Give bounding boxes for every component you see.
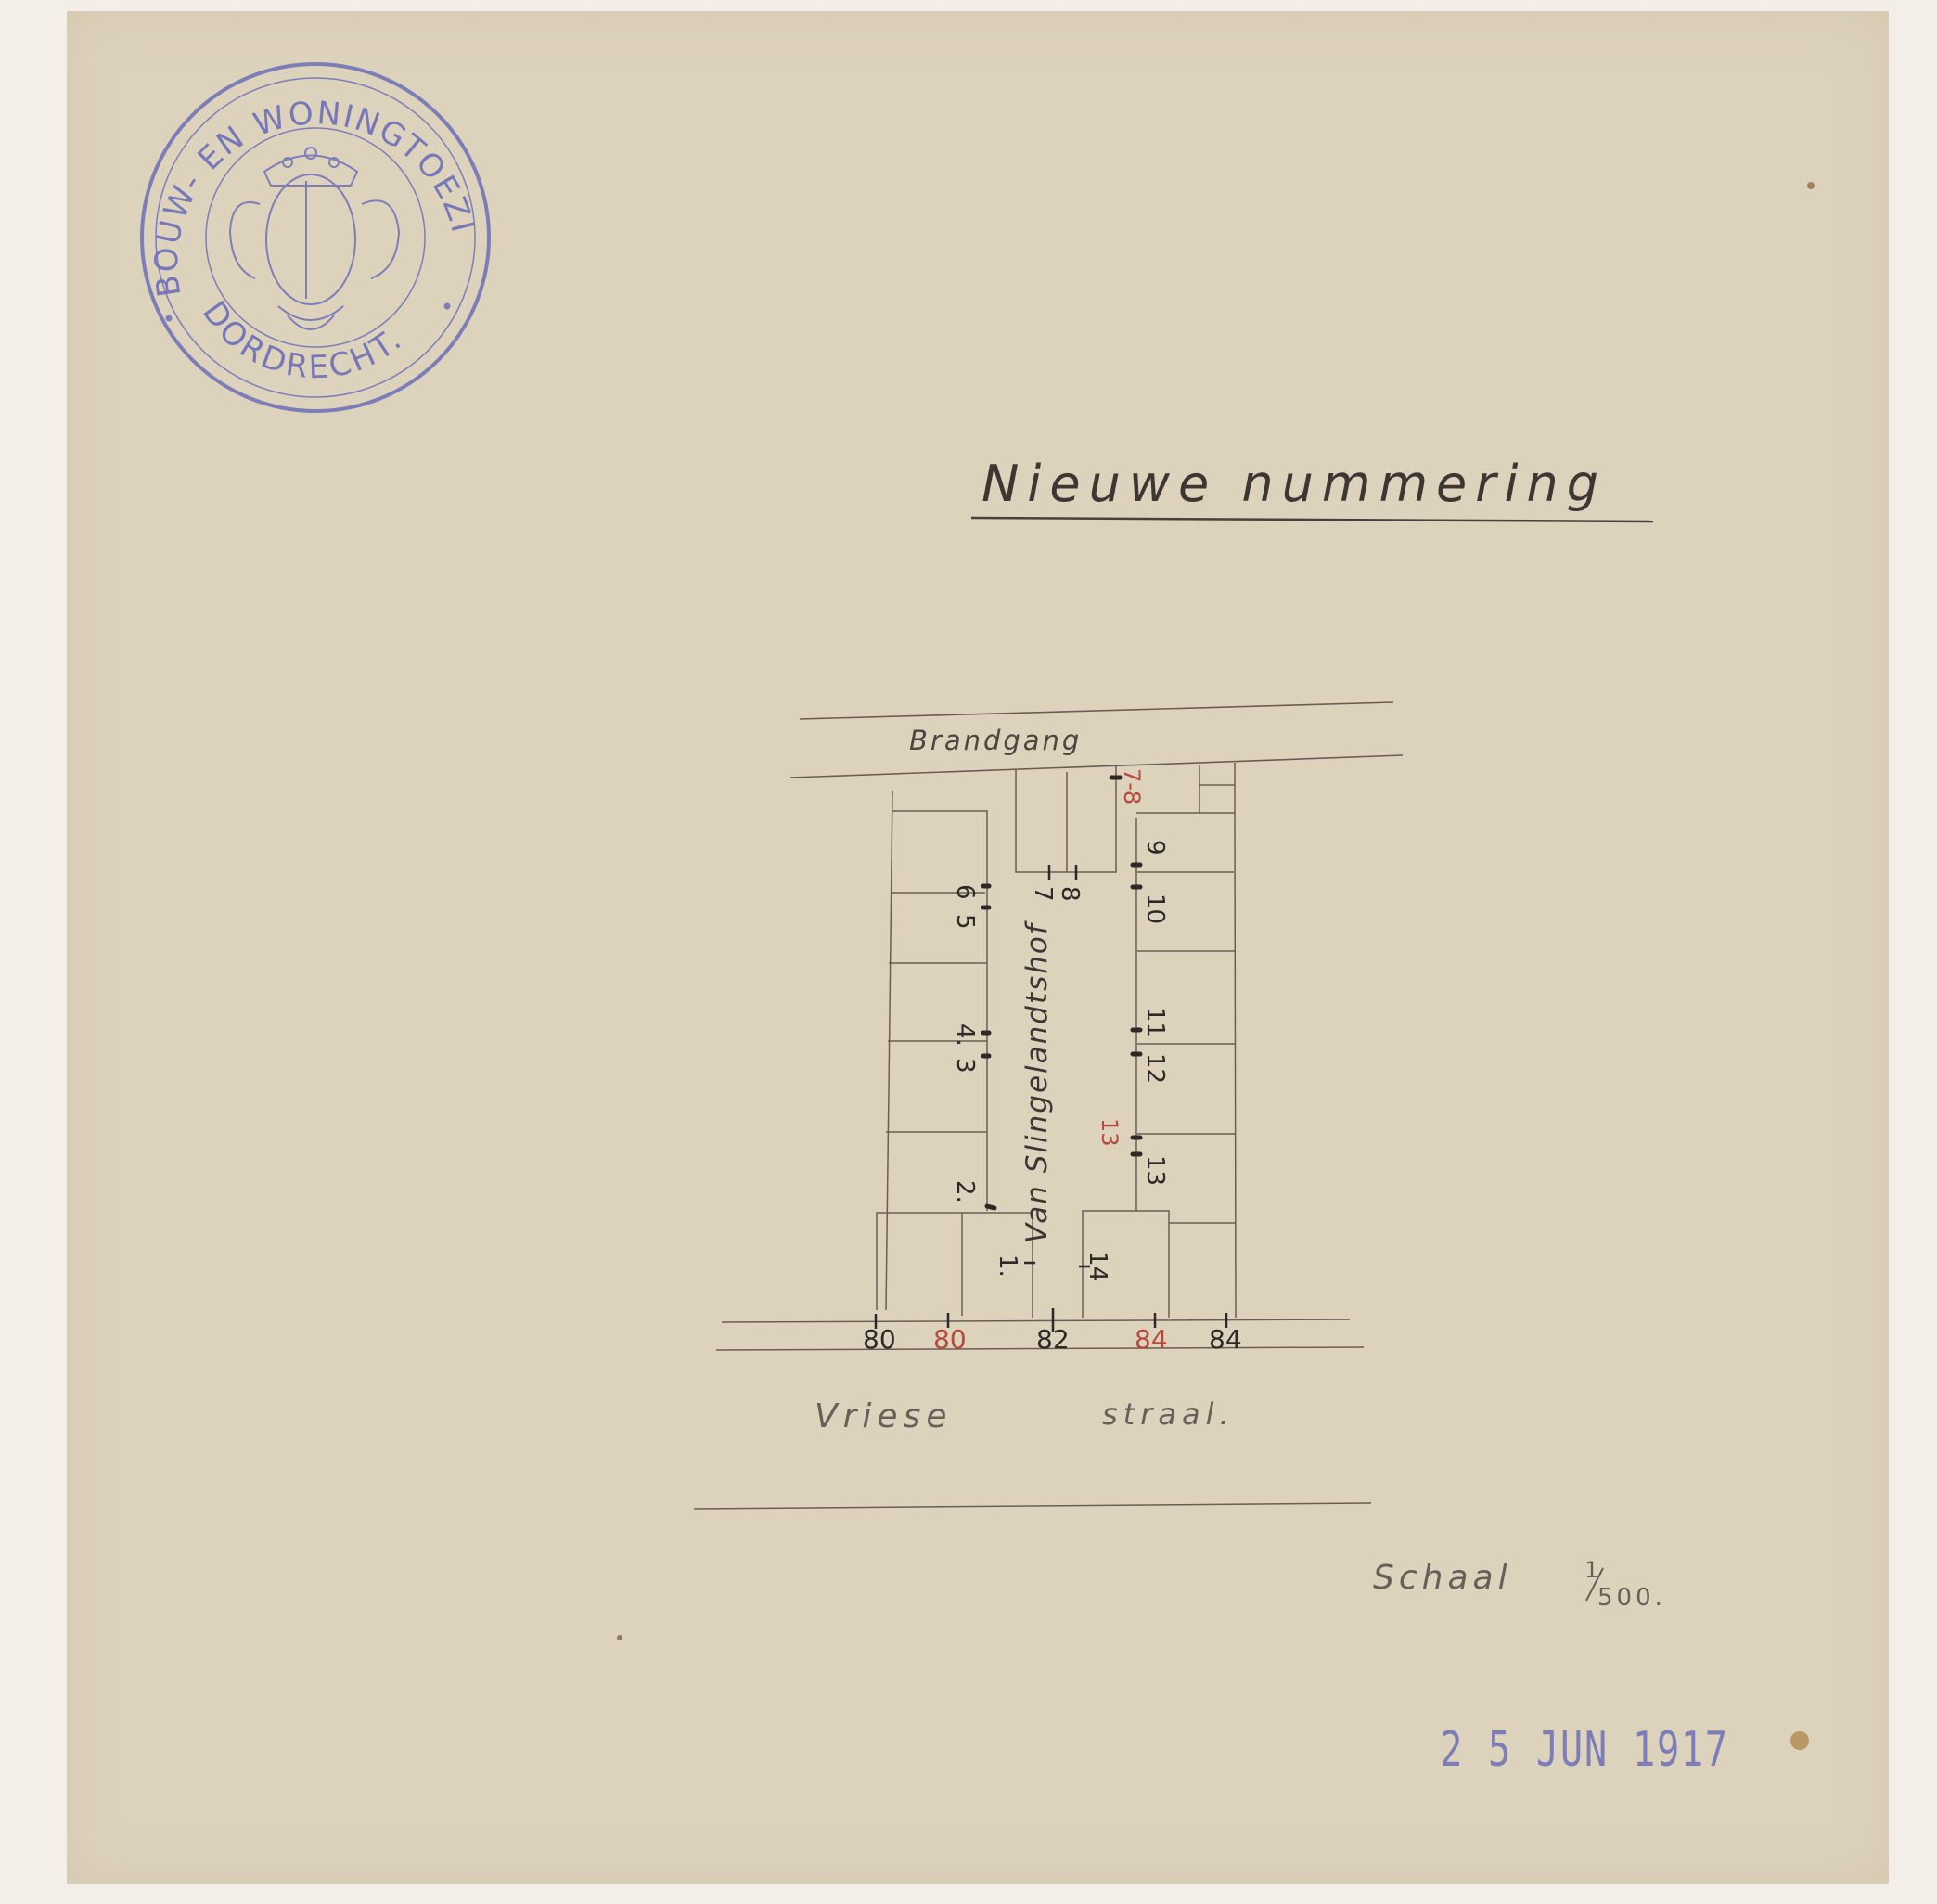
brandgang-lines [790, 702, 1403, 778]
rust-spot [1790, 1731, 1809, 1750]
red-annotations: 7-8 13 [1097, 768, 1145, 1147]
house-number-14: 14 [1084, 1251, 1111, 1281]
house-number-6: 6 [951, 884, 979, 900]
date-stamp: 2 5 JUN 1917 [1440, 1722, 1729, 1778]
house-number-2: 2. [951, 1180, 979, 1203]
street-label-van-slingelandtshof: Van Slingelandtshof [1020, 920, 1054, 1243]
street-number-84-new: 84 [1135, 1324, 1168, 1355]
street-label-vriese: Vriese [815, 1397, 952, 1435]
scale-label: Schaal [1373, 1559, 1512, 1597]
house-number-1: 1. [994, 1254, 1021, 1278]
scale-denominator: 500. [1597, 1584, 1666, 1612]
street-number-80-old: 80 [863, 1324, 896, 1355]
red-number-13: 13 [1097, 1118, 1122, 1147]
house-number-11: 11 [1141, 1007, 1169, 1037]
house-number-9: 9 [1141, 840, 1169, 856]
house-number-10: 10 [1141, 894, 1169, 924]
stain [1807, 182, 1815, 189]
title: Nieuwe nummering [981, 455, 1607, 513]
stain [617, 1635, 622, 1640]
house-number-13: 13 [1141, 1155, 1169, 1186]
house-number-5: 5 [951, 914, 979, 930]
house-number-8: 8 [1056, 886, 1084, 902]
street-number-80-new: 80 [933, 1324, 967, 1355]
title-underline [971, 518, 1653, 521]
street-number-82: 82 [1036, 1324, 1070, 1355]
house-number-7: 7 [1029, 886, 1057, 902]
house-number-3: 3 [951, 1058, 979, 1074]
street-numbers: 80 80 82 84 84 [863, 1324, 1242, 1355]
seal-top-text: BOUW- EN WONINGTOEZICHT [0, 0, 481, 300]
street-label-brandgang: Brandgang [909, 725, 1082, 756]
coat-of-arms-icon [230, 148, 399, 329]
plan-drawing: BOUW- EN WONINGTOEZICHT DORDRECHT. Nieuw… [0, 0, 1937, 1904]
street-number-84-old: 84 [1209, 1324, 1242, 1355]
street-label-straat: straal. [1102, 1396, 1235, 1432]
seal-bottom-text: DORDRECHT. [195, 295, 411, 387]
red-number-7-8: 7-8 [1119, 768, 1145, 804]
house-number-12: 12 [1141, 1053, 1169, 1084]
house-number-4: 4. [951, 1023, 979, 1047]
